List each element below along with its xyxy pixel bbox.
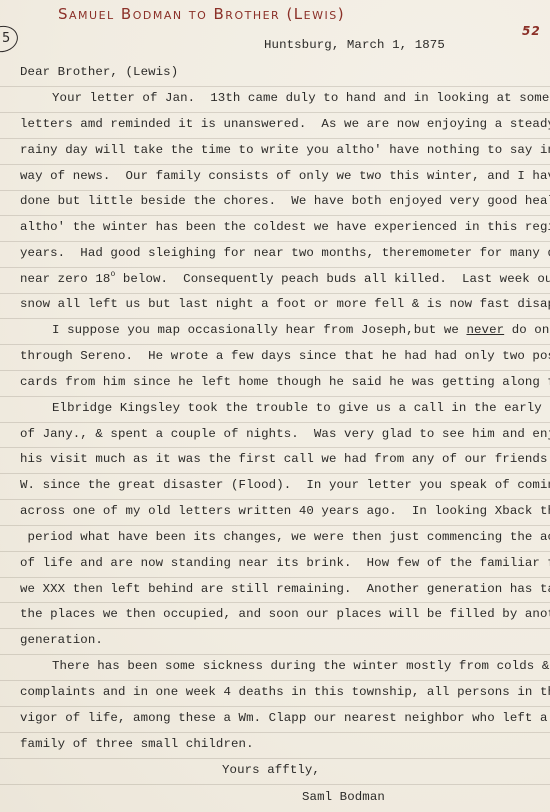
body-line: letters amd reminded it is unanswered. A… xyxy=(20,117,550,131)
body-line: across one of my old letters written 40 … xyxy=(20,504,550,518)
degree-mark: o xyxy=(110,270,115,279)
paper-rule xyxy=(0,215,550,216)
dateline: Huntsburg, March 1, 1875 xyxy=(264,38,445,52)
paper-rule xyxy=(0,344,550,345)
paper-rule xyxy=(0,318,550,319)
body-line: Elbridge Kingsley took the trouble to gi… xyxy=(52,401,550,415)
body-line: period what have been its changes, we we… xyxy=(20,530,550,544)
body-line: we XXX then left behind are still remain… xyxy=(20,582,550,596)
paper-rule xyxy=(0,293,550,294)
paper-rule xyxy=(0,370,550,371)
body-text: below. Consequently peach buds all kille… xyxy=(115,272,550,286)
paper-rule xyxy=(0,628,550,629)
circled-number: 5 xyxy=(2,31,10,46)
body-text: I suppose you map occasionally hear from… xyxy=(52,323,466,337)
body-line: of life and are now standing near its br… xyxy=(20,556,550,570)
paper-rule xyxy=(0,654,550,655)
body-line: the places we then occupied, and soon ou… xyxy=(20,607,550,621)
paper-rule xyxy=(0,732,550,733)
paper-rule xyxy=(0,447,550,448)
paper-rule xyxy=(0,525,550,526)
body-text: near zero 18 xyxy=(20,272,110,286)
paper-rule xyxy=(0,267,550,268)
paper-rule xyxy=(0,784,550,785)
letter-page: Samuel Bodman to Brother (Lewis) 52 5 Hu… xyxy=(0,0,550,812)
salutation: Dear Brother, (Lewis) xyxy=(20,65,178,79)
body-line: through Sereno. He wrote a few days sinc… xyxy=(20,349,550,363)
body-line: near zero 18o below. Consequently peach … xyxy=(20,272,550,288)
body-line: There has been some sickness during the … xyxy=(52,659,550,673)
body-line: cards from him since he left home though… xyxy=(20,375,550,389)
body-line: altho' the winter has been the coldest w… xyxy=(20,220,550,234)
paper-rule xyxy=(0,706,550,707)
paper-rule xyxy=(0,112,550,113)
body-line: of Jany., & spent a couple of nights. Wa… xyxy=(20,427,550,441)
body-line: family of three small children. xyxy=(20,737,254,751)
body-line: generation. xyxy=(20,633,103,647)
body-line: rainy day will take the time to write yo… xyxy=(20,143,550,157)
underlined-word: never xyxy=(466,323,504,337)
paper-rule xyxy=(0,758,550,759)
body-line: snow all left us but last night a foot o… xyxy=(20,297,550,311)
paper-rule xyxy=(0,473,550,474)
body-line: done but little beside the chores. We ha… xyxy=(20,194,550,208)
body-line: Your letter of Jan. 13th came duly to ha… xyxy=(52,91,549,105)
body-text: do only xyxy=(504,323,550,337)
paper-rule xyxy=(0,86,550,87)
paper-rule xyxy=(0,190,550,191)
body-line: vigor of life, among these a Wm. Clapp o… xyxy=(20,711,548,725)
paper-rule xyxy=(0,551,550,552)
paper-rule xyxy=(0,138,550,139)
body-line: I suppose you map occasionally hear from… xyxy=(52,323,550,337)
paper-rule xyxy=(0,241,550,242)
paper-rule xyxy=(0,680,550,681)
body-line: years. Had good sleighing for near two m… xyxy=(20,246,550,260)
body-line: way of news. Our family consists of only… xyxy=(20,169,550,183)
paper-rule xyxy=(0,602,550,603)
signature: Saml Bodman xyxy=(302,790,385,804)
handwritten-title: Samuel Bodman to Brother (Lewis) xyxy=(58,5,345,23)
paper-rule xyxy=(0,396,550,397)
paper-rule xyxy=(0,499,550,500)
closing: Yours afftly, xyxy=(222,763,320,777)
body-line: complaints and in one week 4 deaths in t… xyxy=(20,685,550,699)
body-line: his visit much as it was the first call … xyxy=(20,452,550,466)
paper-rule xyxy=(0,577,550,578)
body-line: W. since the great disaster (Flood). In … xyxy=(20,478,550,492)
paper-rule xyxy=(0,422,550,423)
paper-rule xyxy=(0,164,550,165)
handwritten-page-number: 52 xyxy=(522,24,541,38)
